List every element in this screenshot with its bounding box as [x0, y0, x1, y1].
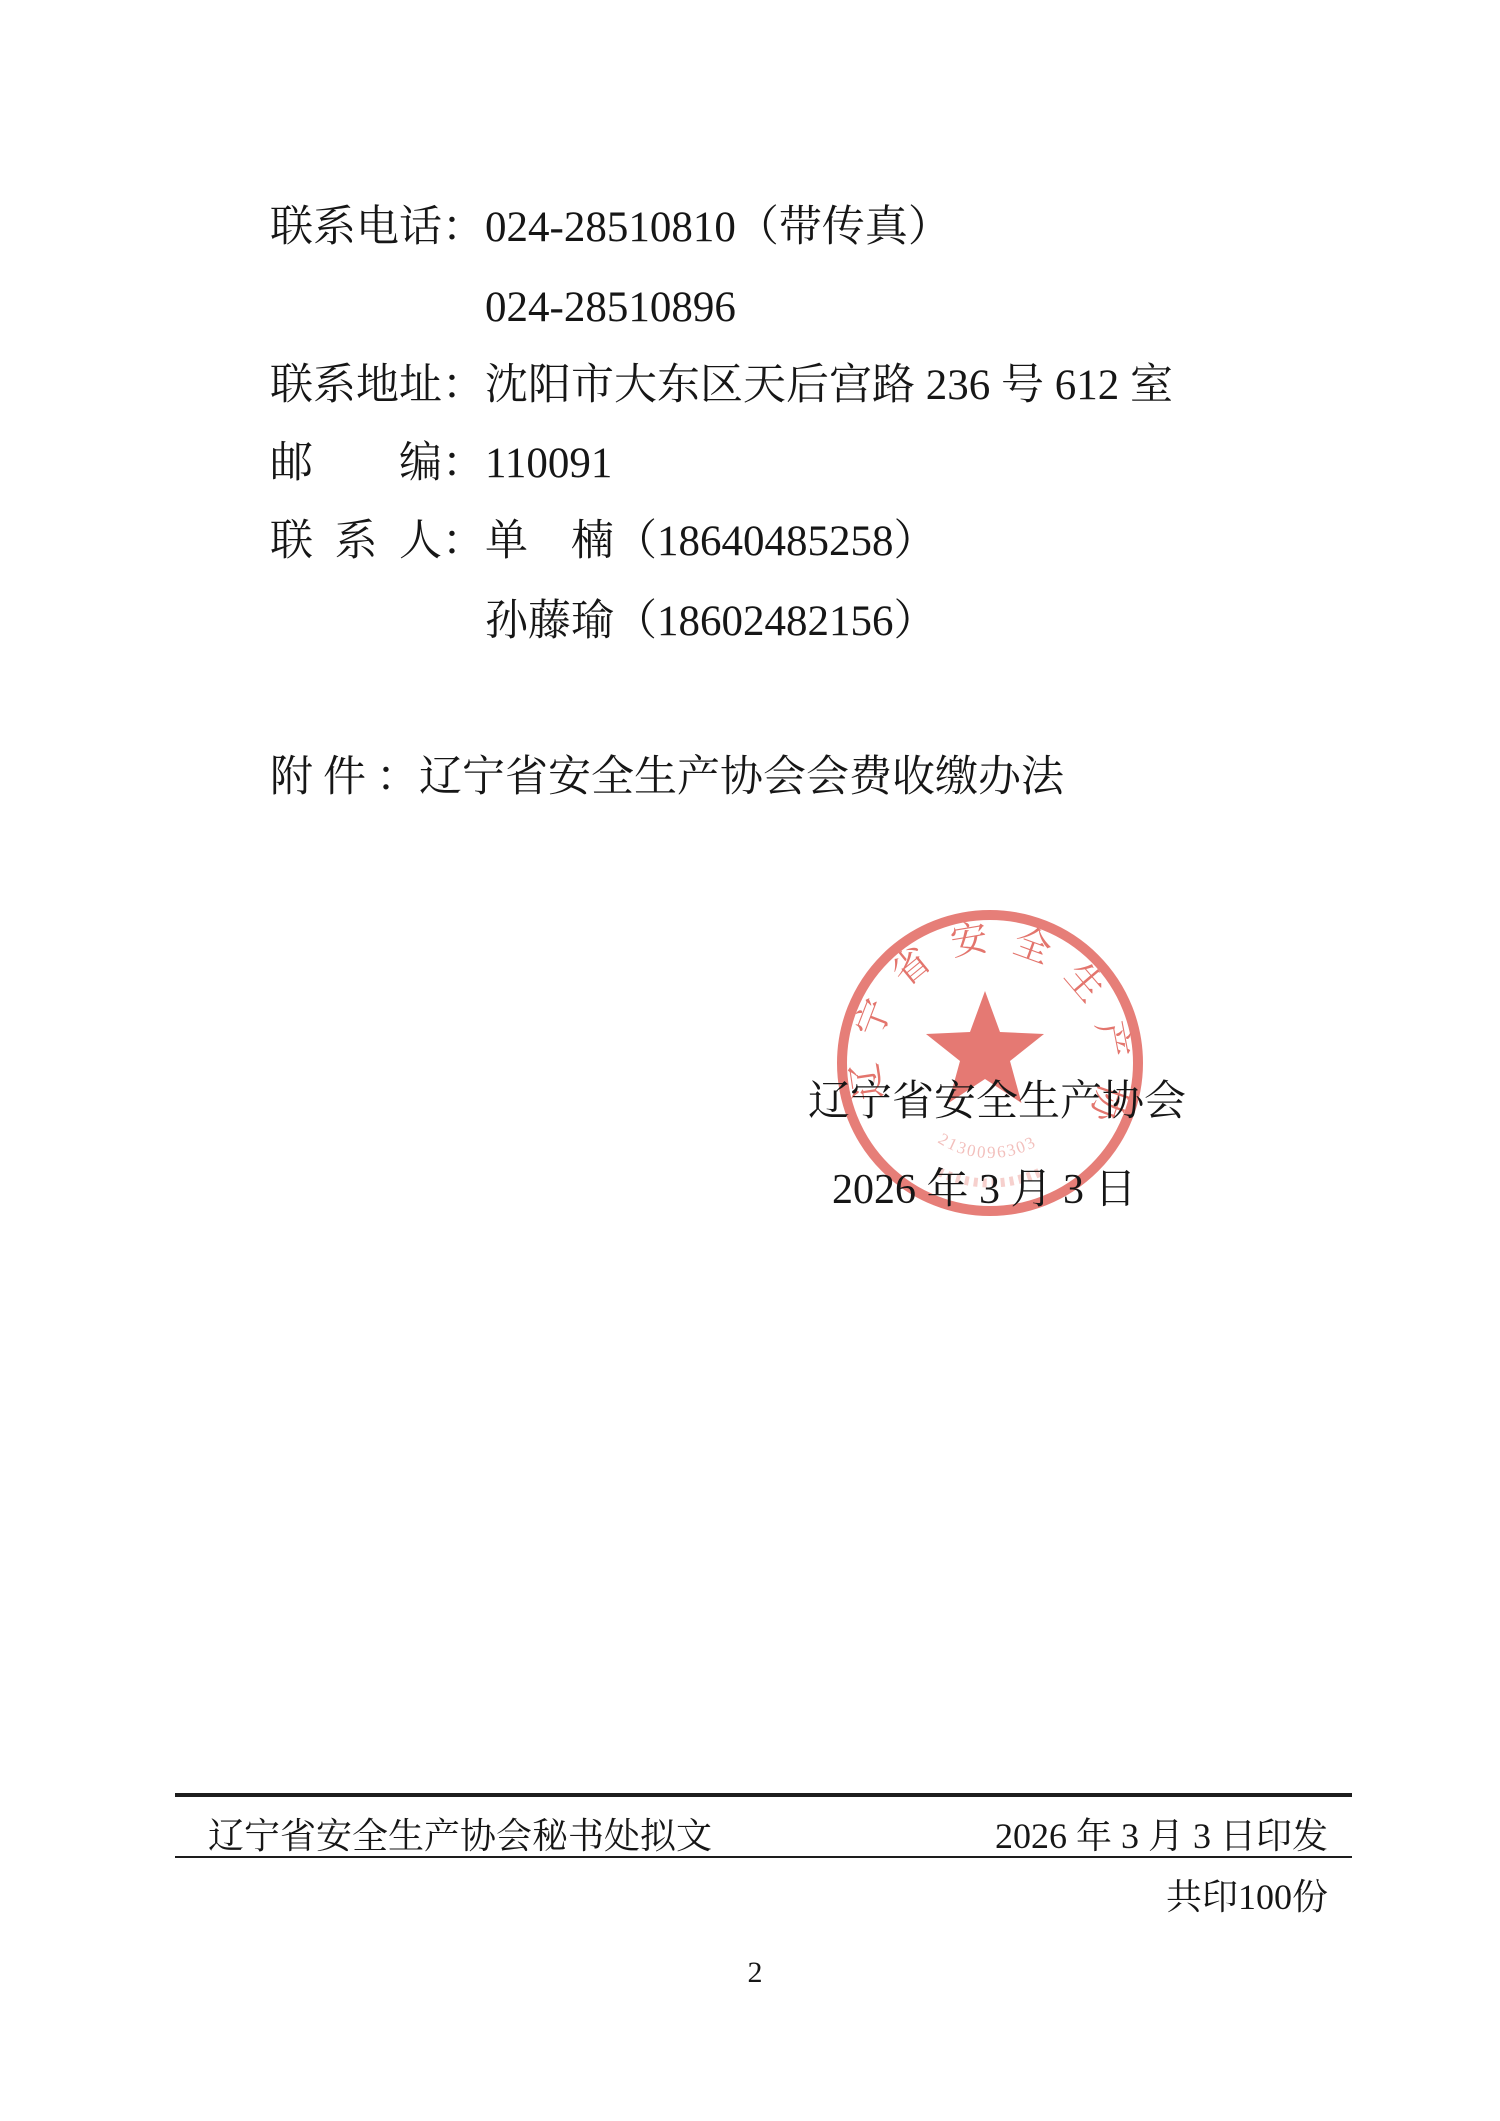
zip-value: 110091 [485, 439, 612, 489]
footer-rule-top [175, 1793, 1352, 1797]
signature-organization: 辽宁省安全生产协会 [808, 1068, 1186, 1128]
colon: ： [376, 753, 419, 803]
attachment-title: 辽宁省安全生产协会会费收缴办法 [419, 753, 1064, 803]
phone-number-2: 024-28510896 [485, 283, 736, 333]
contact-person-line: 联系人 ：单 楠（18640485258） [270, 517, 937, 567]
contact-person-line-2: 孙藤瑜（18602482156） [485, 597, 937, 647]
footer-print-date: 2026 年 3 月 3 日印发 [995, 1808, 1328, 1859]
attachment-label: 附件 [270, 753, 376, 803]
contact-phone-line-2: 024-28510896 [485, 283, 736, 333]
person-1: 单 楠（18640485258） [485, 517, 937, 567]
contact-phone-line: 联系电话：024-28510810（带传真） [270, 203, 951, 253]
zip-code-line: 邮编 ：110091 [270, 439, 612, 489]
phone-number-1: 024-28510810（带传真） [485, 203, 951, 253]
footer-copies: 共印100份 [1166, 1869, 1328, 1920]
zip-label: 邮编 [270, 439, 442, 489]
colon: ： [442, 203, 485, 253]
address-label: 联系地址 [270, 361, 442, 411]
colon: ： [442, 517, 485, 567]
page-number: 2 [655, 1956, 855, 1990]
footer-drafter: 辽宁省安全生产协会秘书处拟文 [208, 1808, 712, 1859]
colon: ： [442, 439, 485, 489]
address-value: 沈阳市大东区天后宫路 236 号 612 室 [485, 361, 1173, 411]
phone-label: 联系电话 [270, 203, 442, 253]
person-label: 联系人 [270, 517, 442, 567]
document-page: 辽宁省安全生产协会 2130096303 联系电话：024-28510810（带… [0, 0, 1500, 2121]
contact-address-line: 联系地址：沈阳市大东区天后宫路 236 号 612 室 [270, 361, 1173, 411]
official-seal: 辽宁省安全生产协会 2130096303 [0, 0, 1500, 2121]
person-2: 孙藤瑜（18602482156） [485, 597, 937, 647]
signature-date: 2026 年 3 月 3 日 [832, 1156, 1137, 1216]
attachment-line: 附件：辽宁省安全生产协会会费收缴办法 [270, 753, 1064, 803]
colon: ： [442, 361, 485, 411]
